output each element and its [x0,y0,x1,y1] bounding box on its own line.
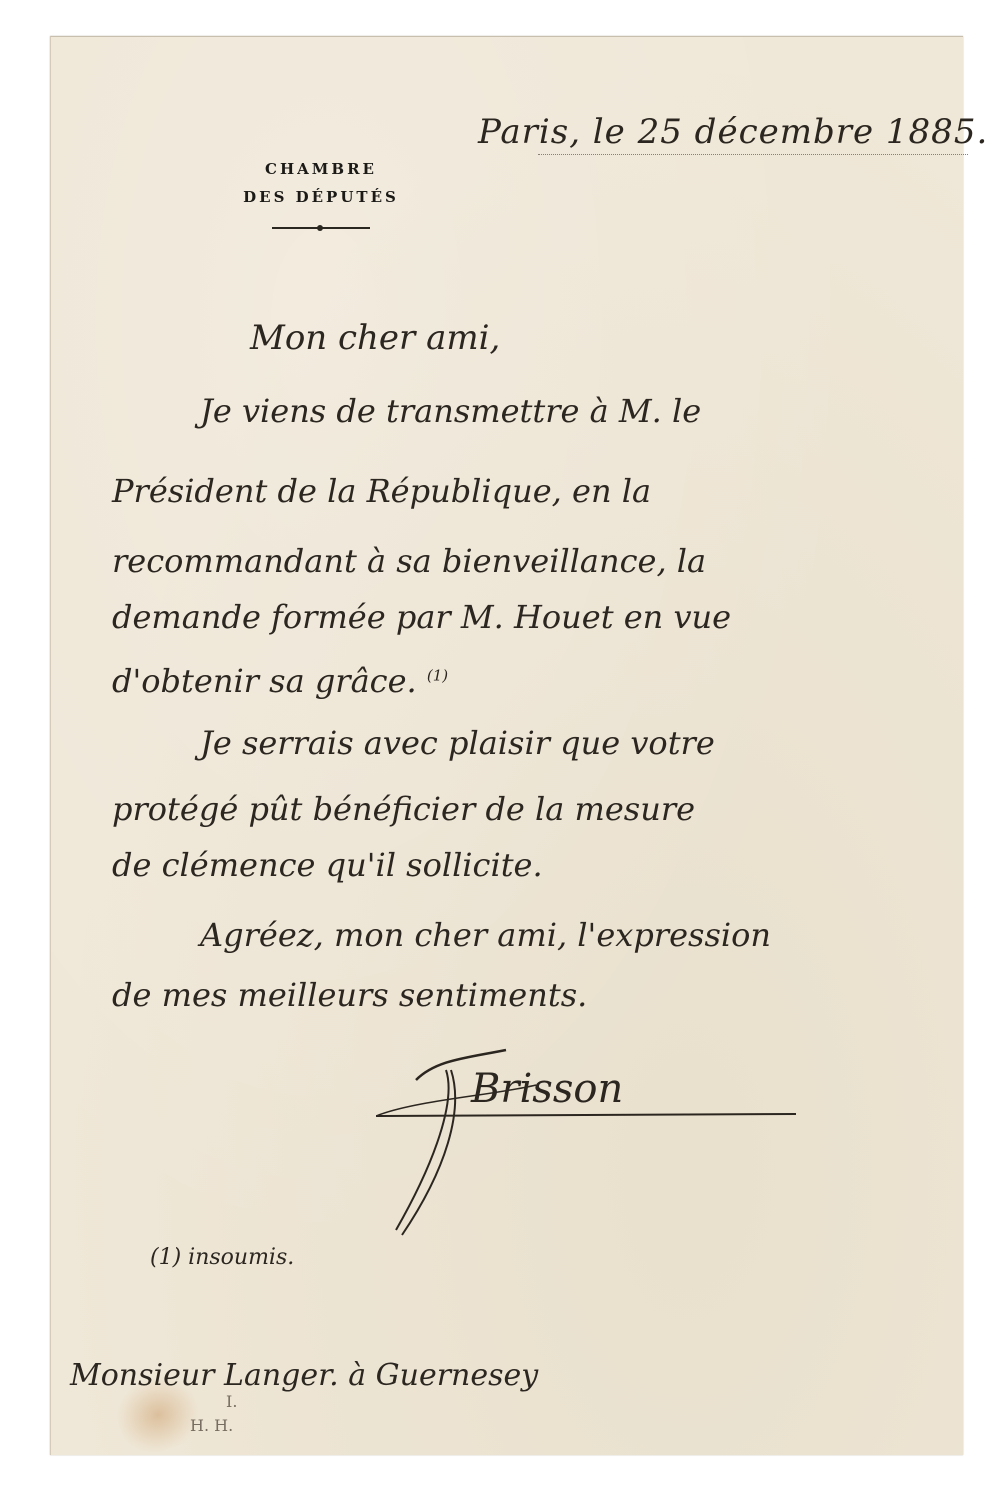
body-line-8: de clémence qu'il sollicite. [112,846,543,884]
body-line-9: Agréez, mon cher ami, l'expression [200,916,771,954]
body-line-4: demande formée par M. Houet en vue [112,598,731,636]
body-line-5: d'obtenir sa grâce. (1) [112,662,448,700]
date-text: Paris, le 25 décembre 1885. [478,112,988,152]
body-line-6: Je serrais avec plaisir que votre [200,724,715,762]
body-line-7: protégé pût bénéficier de la mesure [112,790,695,828]
salutation: Mon cher ami, [250,318,500,358]
signature-text: Brisson [470,1066,623,1112]
letterhead-line-1: CHAMBRE [201,155,441,183]
body-line-2: Président de la République, en la [112,472,651,510]
body-line-10: de mes meilleurs sentiments. [112,976,587,1014]
footnote-marker: (1) [427,666,448,684]
footnote: (1) insoumis. [150,1245,294,1270]
ink-stamp-marks: I. H. H. [190,1390,237,1438]
signature-flourish-icon: Brisson [376,1040,796,1250]
stamp-mark-1: I. [190,1390,237,1414]
stamp-mark-2: H. H. [190,1414,237,1438]
address-line: Monsieur Langer. à Guernesey [70,1358,538,1393]
body-line-5-text: d'obtenir sa grâce. [112,662,417,700]
date-line: Paris, le 25 décembre 1885. [478,112,988,152]
letterhead-line-2: DES DÉPUTÉS [201,183,441,211]
letterhead-ornament-rule [272,227,370,229]
signature: Brisson [376,1040,796,1250]
date-dotted-rule [538,154,968,155]
body-line-1: Je viens de transmettre à M. le [200,392,701,430]
body-line-3: recommandant à sa bienveillance, la [112,542,706,580]
letterhead: CHAMBRE DES DÉPUTÉS [201,155,441,229]
